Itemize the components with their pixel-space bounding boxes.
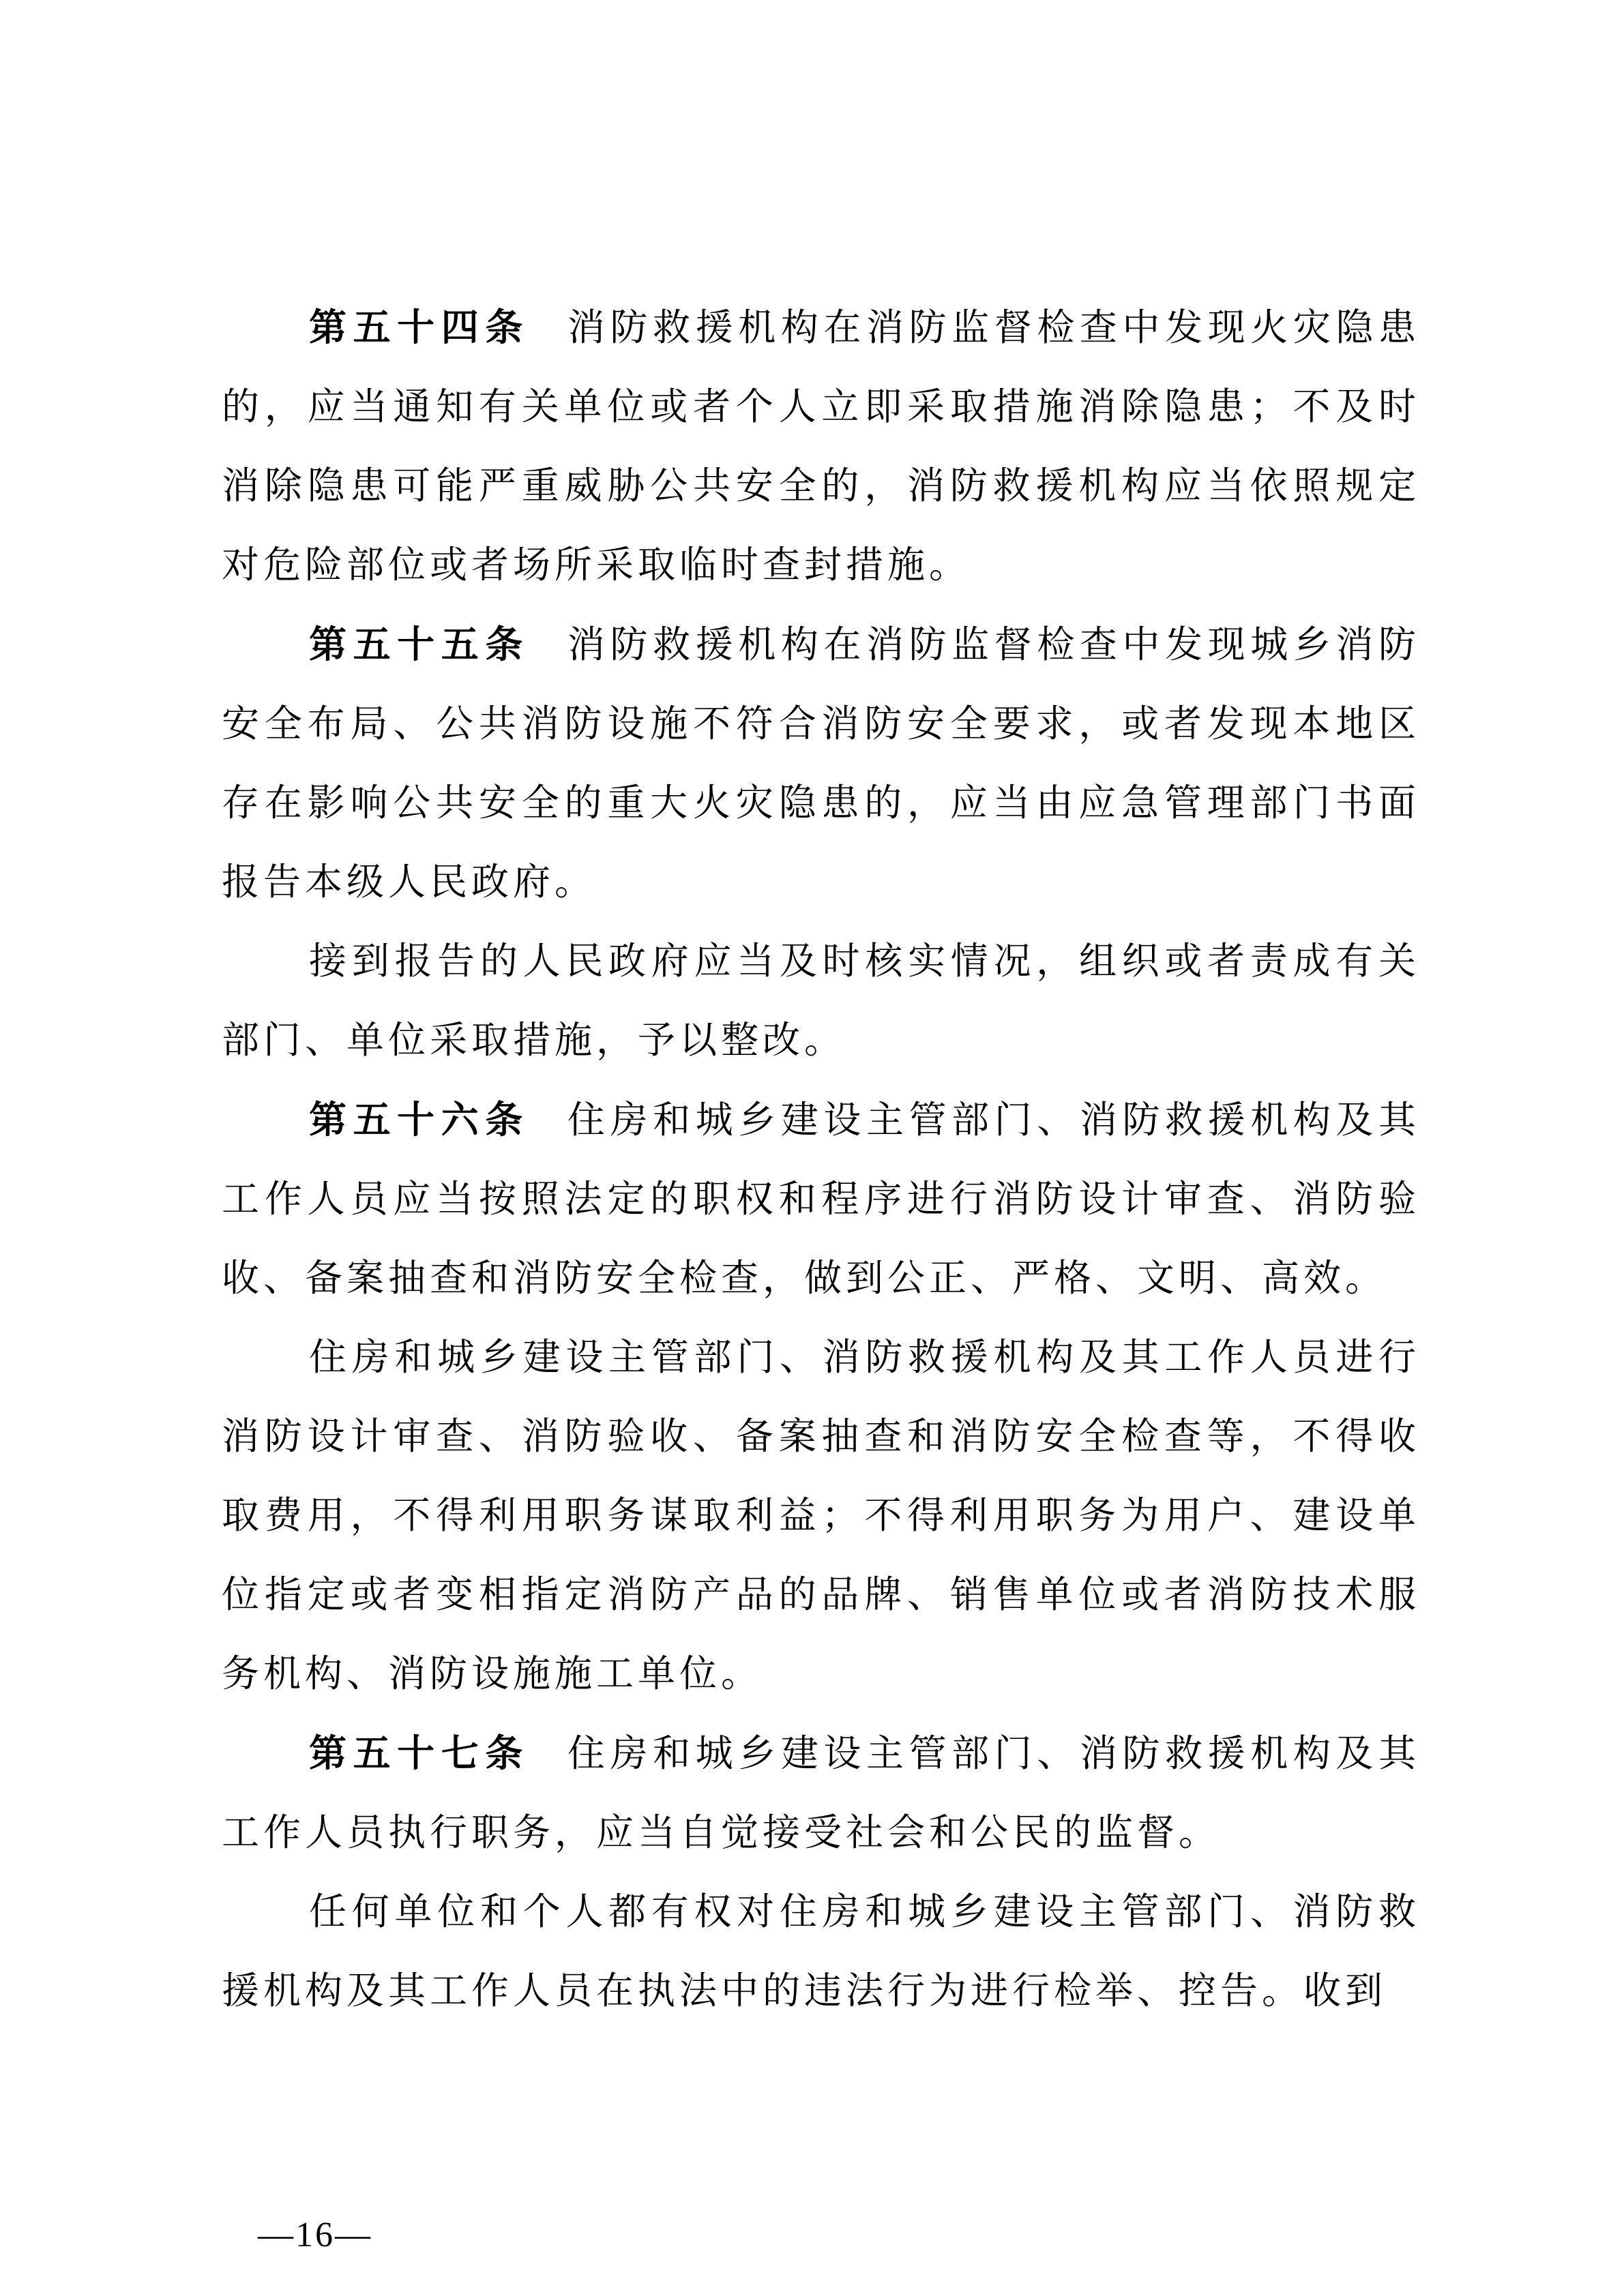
article-56-para-1: 第五十六条住房和城乡建设主管部门、消防救援机构及其工作人员应当按照法定的职权和程…: [222, 1080, 1420, 1318]
article-number: 第五十四条: [309, 306, 529, 348]
article-text: 消防救援机构在消防监督检查中发现火灾隐患的，应当通知有关单位或者个人立即采取措施…: [222, 307, 1420, 586]
article-text: 任何单位和个人都有权对住房和城乡建设主管部门、消防救援机构及其工作人员在执法中的…: [222, 1891, 1420, 2012]
document-body: 第五十四条消防救援机构在消防监督检查中发现火灾隐患的，应当通知有关单位或者个人立…: [222, 288, 1420, 2031]
article-number: 第五十六条: [309, 1099, 529, 1141]
article-number: 第五十七条: [309, 1732, 529, 1774]
article-57-para-1: 第五十七条住房和城乡建设主管部门、消防救援机构及其工作人员执行职务，应当自觉接受…: [222, 1714, 1420, 1873]
article-55-para-2: 接到报告的人民政府应当及时核实情况，组织或者责成有关部门、单位采取措施，予以整改…: [222, 922, 1420, 1080]
article-text: 接到报告的人民政府应当及时核实情况，组织或者责成有关部门、单位采取措施，予以整改…: [222, 940, 1420, 1061]
page-number: —16—: [258, 2215, 372, 2255]
article-57-para-2: 任何单位和个人都有权对住房和城乡建设主管部门、消防救援机构及其工作人员在执法中的…: [222, 1873, 1420, 2031]
article-number: 第五十五条: [309, 623, 529, 666]
article-56-para-2: 住房和城乡建设主管部门、消防救援机构及其工作人员进行消防设计审查、消防验收、备案…: [222, 1318, 1420, 1714]
article-55-para-1: 第五十五条消防救援机构在消防监督检查中发现城乡消防安全布局、公共消防设施不符合消…: [222, 605, 1420, 922]
article-54: 第五十四条消防救援机构在消防监督检查中发现火灾隐患的，应当通知有关单位或者个人立…: [222, 288, 1420, 605]
article-text: 住房和城乡建设主管部门、消防救援机构及其工作人员进行消防设计审查、消防验收、备案…: [222, 1337, 1420, 1695]
page-sheet: 第五十四条消防救援机构在消防监督检查中发现火灾隐患的，应当通知有关单位或者个人立…: [0, 0, 1624, 2296]
article-text: 消防救援机构在消防监督检查中发现城乡消防安全布局、公共消防设施不符合消防安全要求…: [222, 624, 1420, 903]
document-page: { "page": { "background_color": "#ffffff…: [0, 0, 1624, 2296]
